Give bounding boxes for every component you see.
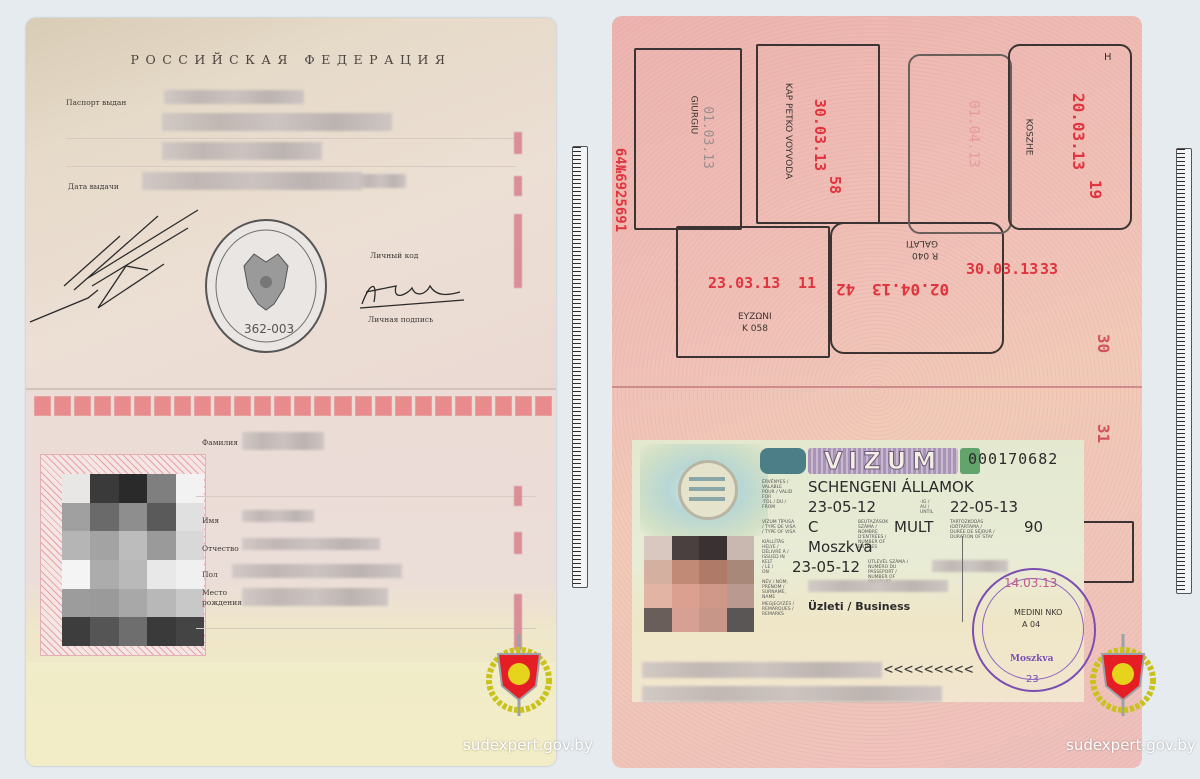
watermark-right: sudexpert.gov.by: [1066, 736, 1196, 754]
mvd-seal: 362-003: [204, 218, 328, 354]
stamp-faded: 01.04.13: [908, 54, 1012, 234]
holder-photo-pixelated: [62, 474, 204, 646]
issued-by-label: Паспорт выдан: [66, 98, 126, 107]
page-seam: [612, 386, 1142, 388]
visa-remarks: Üzleti / Business: [808, 600, 910, 613]
visa-duration: 90: [1024, 518, 1043, 536]
holder-signature: [356, 274, 476, 310]
visa-type: C: [808, 518, 818, 536]
redacted-mrz-line-2: [642, 686, 942, 702]
redacted-sex-birthdate: [232, 564, 402, 578]
label-duration: TARTÓZKODÁS IDŐTARTAMA / DURÉE DE SÉJOUR…: [950, 520, 998, 540]
name-label: Имя: [202, 516, 219, 525]
forensic-emblem-icon-right: [1090, 634, 1156, 722]
measurement-ruler-right: [1176, 148, 1192, 594]
form-line: [196, 628, 536, 629]
redacted-birthplace: [242, 588, 388, 606]
country-title: РОССИЙСКАЯ ФЕДЕРАЦИЯ: [26, 52, 556, 67]
russian-passport-page: РОССИЙСКАЯ ФЕДЕРАЦИЯ Паспорт выдан Дата …: [26, 18, 556, 766]
surname-label: Фамилия: [202, 438, 238, 447]
redacted-passport-number: [932, 560, 1008, 572]
red-security-mark: [514, 486, 522, 506]
red-security-mark: [514, 176, 522, 196]
measurement-ruler: [572, 146, 588, 588]
redacted-issue-date: [142, 172, 362, 190]
page-number-30: 30: [1094, 334, 1113, 353]
stamp-date-30-03-13: 30.03.13: [966, 260, 1038, 278]
label-issued-in: KIÁLLÍTÁS HELYE / DÉLIVRÉ À / ISSUED IN: [762, 540, 796, 560]
visa-banner-text: VIZUM: [808, 448, 958, 474]
redacted-code: [356, 174, 406, 188]
redacted-issuer-line3: [162, 142, 322, 160]
redacted-mrz-line-1: [642, 662, 882, 678]
official-signature: [28, 198, 208, 328]
hologram: [640, 444, 768, 536]
visa-valid-for: SCHENGENI ÁLLAMOK: [808, 478, 974, 496]
passport-serial-number: 64№6925691: [612, 148, 628, 232]
stamp-giurgiu: GIURGIU 01.03.13: [634, 48, 742, 230]
label-valid-for: ÉRVÉNYES / VALABLE POUR / VALID FOR: [762, 480, 796, 500]
label-remarks: MEGJEGYZÉS / REMARQUES / REMARKS: [762, 602, 796, 617]
stamp-galati: GALATI R 040 02.04.13 42: [830, 222, 1004, 354]
perforation-strip: [34, 396, 552, 416]
red-security-mark: [514, 532, 522, 554]
patronymic-label: Отчество: [202, 544, 239, 553]
form-line: [196, 496, 536, 497]
visa-entries: MULT: [894, 518, 933, 536]
personal-signature-label: Личная подпись: [368, 315, 433, 324]
vizum-banner: VIZUM: [760, 448, 980, 474]
stamp-kap-petko-voyvoda: KAP PETKO VOYVODA 30.03.13 58: [756, 44, 880, 224]
issue-date-label: Дата выдачи: [68, 182, 119, 191]
label-on: KELT / LE / ON: [762, 560, 774, 575]
banner-left-block: [760, 448, 806, 474]
sex-label: Пол: [202, 570, 218, 579]
visa-photo-pixelated: [644, 536, 754, 632]
page-seam: [26, 388, 556, 390]
stamp-hungary: KOSZHE 20.03.13 19 H: [1008, 44, 1132, 230]
redacted-patronymic: [242, 538, 380, 550]
forensic-emblem-icon: [486, 634, 552, 722]
birthplace-label-2: рождения: [202, 598, 242, 607]
consulate-stamp: MEDINI NKO A 04 Moszkva 23 14.03.13: [972, 568, 1096, 692]
page-number-31: 31: [1094, 424, 1113, 443]
visa-passport-page: 64№6925691 GIURGIU 01.03.13 KAP PETKO VO…: [612, 16, 1142, 768]
form-line: [66, 166, 516, 167]
seal-number: 362-003: [244, 322, 294, 336]
redacted-surname: [242, 432, 324, 450]
visa-number: 000170682: [968, 450, 1058, 468]
visa-from: 23-05-12: [808, 498, 876, 516]
visa-until: 22-05-13: [950, 498, 1018, 516]
redacted-holder-name: [808, 580, 948, 592]
red-security-mark: [514, 214, 522, 288]
mrz-filler: <<<<<<<<<: [884, 660, 974, 678]
watermark-left: sudexpert.gov.by: [463, 736, 593, 754]
banner-letters-bg: VIZUM: [808, 448, 958, 474]
hologram-emblem-icon: [678, 460, 738, 520]
birthplace-label-1: Место: [202, 588, 227, 597]
label-name: NÉV / NOM, PRÉNOM / SURNAME, NAME: [762, 580, 796, 600]
form-line: [66, 138, 516, 139]
visa-issued-in: Moszkva: [808, 538, 873, 556]
visa-issue-date: 23-05-12: [792, 558, 860, 576]
label-from: -TÓL / DU / FROM: [762, 500, 796, 510]
vertical-divider: [962, 536, 963, 622]
redacted-issuer: [164, 90, 304, 104]
stamp-time-33: 33: [1040, 260, 1058, 278]
personal-code-label: Личный код: [370, 251, 418, 260]
redacted-name: [242, 510, 314, 522]
redacted-issuer-line2: [162, 113, 392, 131]
stamp-evzoni: 23.03.13 11 ΕΥΖΩΝΙ Κ 058: [676, 226, 830, 358]
label-until: -IG / AU / UNTIL: [920, 500, 934, 515]
red-security-mark: [514, 132, 522, 154]
label-type: VÍZUM TÍPUSA / TYPE DE VISA / TYPE OF VI…: [762, 520, 796, 535]
